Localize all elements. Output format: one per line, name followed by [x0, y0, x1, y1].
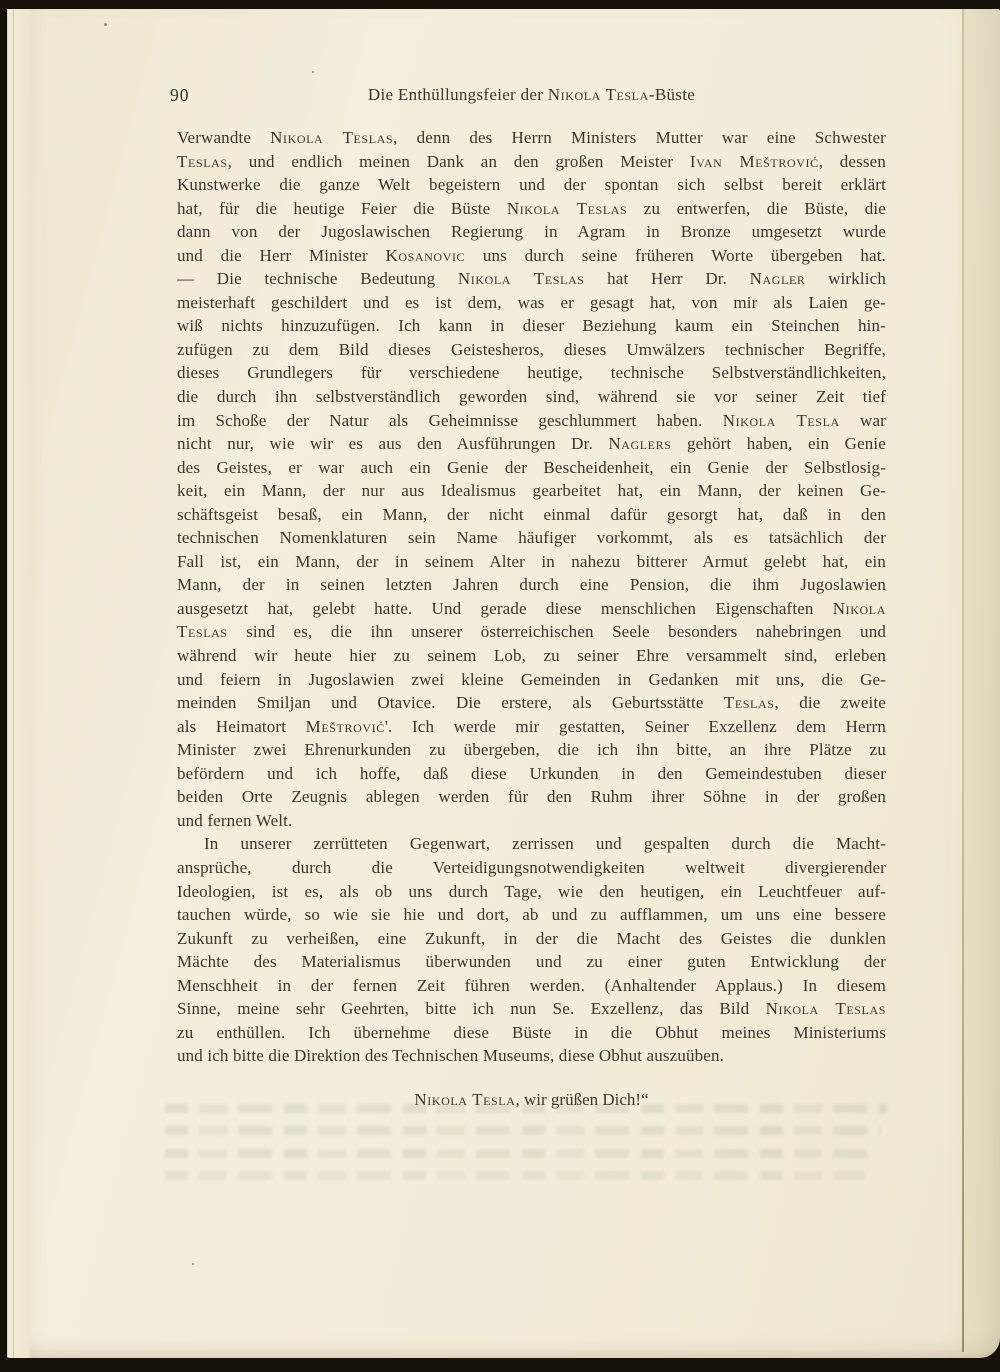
paper-speck — [192, 1263, 194, 1265]
bleedthrough-line — [165, 1126, 881, 1135]
running-title: Die Enthüllungsfeier der Nikola Tesla-Bü… — [177, 85, 886, 105]
text-line: ausgesetzt hat, gelebt hatte. Und gerade… — [177, 597, 886, 621]
text-line: Verwandte Nikola Teslas, denn des Herrn … — [177, 126, 886, 150]
text-line: — Die technische Bedeutung Nikola Teslas… — [177, 267, 886, 291]
spine-page-edges — [5, 9, 31, 1358]
text-line: zufügen zu dem Bild dieses Geistesheros,… — [177, 338, 886, 362]
text-line: hat, für die heutige Feier die Büste Nik… — [177, 197, 886, 221]
page-header: 90 Die Enthüllungsfeier der Nikola Tesla… — [177, 85, 886, 109]
text-line: meinden Smiljan und Otavice. Die erstere… — [177, 691, 886, 715]
text-line: im Schoße der Natur als Geheimnisse gesc… — [177, 409, 886, 433]
text-line: Teslas, und endlich meinen Dank an den g… — [177, 150, 886, 174]
text-line: und die Herr Minister Kosanovic uns durc… — [177, 244, 886, 268]
text-line: nicht nur, wie wir es aus den Ausführung… — [177, 432, 886, 456]
book-page: 90 Die Enthüllungsfeier der Nikola Tesla… — [5, 9, 1000, 1358]
text-line: Mächte des Materialismus überwunden und … — [177, 950, 886, 974]
page-crease — [962, 9, 964, 1352]
text-line: als Heimatort Meštrović'. Ich werde mir … — [177, 715, 886, 739]
text-line: Menschheit in der fernen Zeit führen wer… — [177, 974, 886, 998]
text-line: Fall ist, ein Mann, der in seinem Alter … — [177, 550, 886, 574]
text-line: meisterhaft geschildert und es ist dem, … — [177, 291, 886, 315]
bleedthrough-line — [165, 1149, 875, 1158]
text-line: Zukunft zu verheißen, eine Zukunft, in d… — [177, 927, 886, 951]
paper-speck — [104, 23, 107, 26]
text-line: Minister zwei Ehrenurkunden zu übergeben… — [177, 738, 886, 762]
paragraph: In unserer zerrütteten Gegenwart, zerris… — [177, 832, 886, 1067]
text-line: wiß nichts hinzuzufügen. Ich kann in die… — [177, 314, 886, 338]
body-text: Verwandte Nikola Teslas, denn des Herrn … — [177, 126, 886, 1068]
text-line: befördern und ich hoffe, daß diese Urkun… — [177, 762, 886, 786]
text-line: während wir heute hier zu seinem Lob, zu… — [177, 644, 886, 668]
text-line: In unserer zerrütteten Gegenwart, zerris… — [177, 832, 886, 856]
paper-speck — [312, 71, 314, 73]
text-line: keit, ein Mann, der nur aus Idealismus g… — [177, 479, 886, 503]
text-line: Ideologien, ist es, als ob uns durch Tag… — [177, 880, 886, 904]
bleedthrough-line — [165, 1171, 865, 1180]
text-line: die durch ihn selbstverständlich geworde… — [177, 385, 886, 409]
text-line: technischen Nomenklaturen sein Name häuf… — [177, 526, 886, 550]
text-line: Kunstwerke die ganze Welt begeistern und… — [177, 173, 886, 197]
text-line: schäftsgeist besaß, ein Mann, der nicht … — [177, 503, 886, 527]
text-line: und feiern in Jugoslawien zwei kleine Ge… — [177, 668, 886, 692]
scanned-book-photo: { "theme": { "paper": "#f2edd9", "ink": … — [0, 0, 1000, 1372]
text-line: dieses Grundlegers für verschiedene heut… — [177, 361, 886, 385]
text-line: zu enthüllen. Ich übernehme diese Büste … — [177, 1021, 886, 1045]
text-line: beiden Orte Zeugnis ablegen werden für d… — [177, 785, 886, 809]
text-line: und fernen Welt. — [177, 809, 886, 833]
text-line: ansprüche, durch die Verteidigungsnotwen… — [177, 856, 886, 880]
text-line: Teslas sind es, die ihn unserer österrei… — [177, 620, 886, 644]
text-line: des Geistes, er war auch ein Genie der B… — [177, 456, 886, 480]
page-number: 90 — [170, 85, 190, 106]
bleedthrough-line — [165, 1104, 887, 1113]
text-block: Verwandte Nikola Teslas, denn des Herrn … — [177, 126, 886, 1110]
text-line: dann von der Jugoslawischen Regierung in… — [177, 220, 886, 244]
text-line: Sinne, meine sehr Geehrten, bitte ich nu… — [177, 997, 886, 1021]
text-line: Mann, der in seinen letzten Jahren durch… — [177, 573, 886, 597]
paragraph: Verwandte Nikola Teslas, denn des Herrn … — [177, 126, 886, 832]
outer-leaf-edge — [964, 9, 1000, 1354]
text-line: tauchen würde, so wie sie hie und dort, … — [177, 903, 886, 927]
text-line: und ich bitte die Direktion des Technisc… — [177, 1044, 886, 1068]
